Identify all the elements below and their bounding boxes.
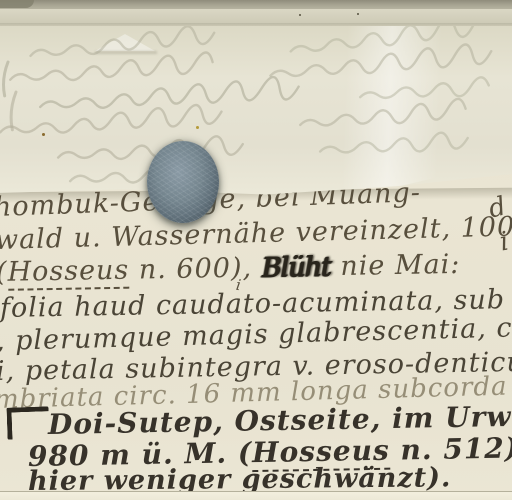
translucent-overlay-sheet: [0, 26, 512, 198]
dust-speck: [357, 13, 359, 15]
bleedthrough-text-squiggles: [0, 26, 512, 198]
struck-word-ink-blob: Blüht: [261, 251, 331, 283]
line3-open: (: [0, 257, 8, 288]
dust-speck: [299, 14, 301, 16]
line9-number: n. 512) (Blätt: [389, 430, 512, 467]
line3-number: n. 600),: [129, 252, 262, 285]
scanned-label-sheet: hombuk-Gebirge, bei Muang- d wald u. Was…: [0, 0, 512, 500]
metal-disc: [147, 141, 219, 223]
dust-speck: [196, 126, 199, 129]
dust-speck: [42, 133, 45, 136]
line3-tail: nie Mai:: [340, 249, 461, 282]
upper-fold-band: [0, 9, 512, 23]
scan-top-band: [0, 0, 512, 9]
top-left-shadow-corner: [0, 0, 34, 8]
margin-bracket-mark: [6, 406, 49, 439]
handwritten-line-3: (Hosseus n. 600), Blüht nie Mai:: [0, 249, 461, 288]
bottom-sheet-edge: [0, 491, 512, 500]
collector-name-underlined: Hosseus: [7, 255, 129, 291]
